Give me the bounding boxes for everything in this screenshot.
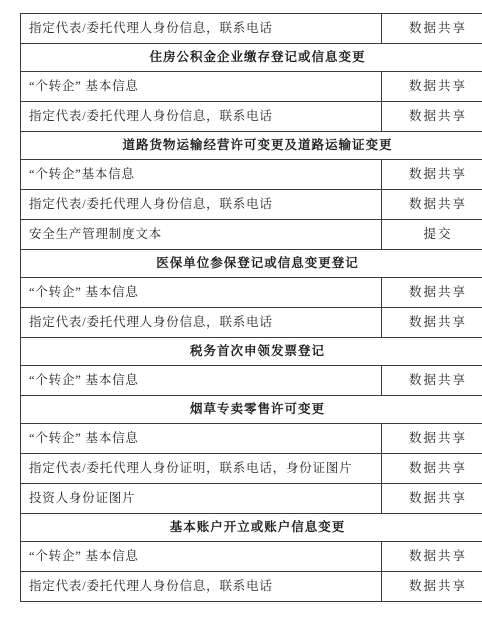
material-method-cell: 数据共享 (382, 572, 482, 602)
material-method-cell: 数据共享 (382, 14, 482, 44)
service-materials-table: 指定代表/委托代理人身份信息，联系电话数据共享住房公积金企业缴存登记或信息变更“… (20, 13, 482, 602)
material-method-cell: 数据共享 (382, 190, 482, 220)
table-row: “个转企” 基本信息数据共享 (21, 424, 482, 454)
material-method-cell: 数据共享 (382, 424, 482, 454)
material-name-cell: “个转企” 基本信息 (21, 542, 382, 572)
material-name-cell: 指定代表/委托代理人身份信息，联系电话 (21, 102, 382, 132)
material-method-cell: 数据共享 (382, 484, 482, 514)
section-header-row: 住房公积金企业缴存登记或信息变更 (21, 44, 482, 72)
section-title: 烟草专卖零售许可变更 (21, 396, 482, 424)
table-row: 安全生产管理制度文本提交 (21, 220, 482, 250)
table-row: 投资人身份证图片数据共享 (21, 484, 482, 514)
table-row: “个转企” 基本信息数据共享 (21, 278, 482, 308)
material-name-cell: 指定代表/委托代理人身份证明，联系电话，身份证图片 (21, 454, 382, 484)
material-name-cell: “个转企” 基本信息 (21, 366, 382, 396)
material-name-cell: 安全生产管理制度文本 (21, 220, 382, 250)
material-name-cell: “个转企” 基本信息 (21, 72, 382, 102)
table-body: 指定代表/委托代理人身份信息，联系电话数据共享住房公积金企业缴存登记或信息变更“… (21, 14, 482, 602)
section-title: 医保单位参保登记或信息变更登记 (21, 250, 482, 278)
table-row: “个转企” 基本信息数据共享 (21, 366, 482, 396)
section-header-row: 烟草专卖零售许可变更 (21, 396, 482, 424)
material-method-cell: 数据共享 (382, 366, 482, 396)
table-row: 指定代表/委托代理人身份信息，联系电话数据共享 (21, 190, 482, 220)
material-name-cell: “个转企” 基本信息 (21, 278, 382, 308)
material-name-cell: 投资人身份证图片 (21, 484, 382, 514)
material-method-cell: 数据共享 (382, 278, 482, 308)
section-title: 基本账户开立或账户信息变更 (21, 514, 482, 542)
table-row: 指定代表/委托代理人身份证明，联系电话，身份证图片数据共享 (21, 454, 482, 484)
table-row: 指定代表/委托代理人身份信息，联系电话数据共享 (21, 308, 482, 338)
material-name-cell: “个转企” 基本信息 (21, 424, 382, 454)
material-method-cell: 数据共享 (382, 542, 482, 572)
section-title: 税务首次申领发票登记 (21, 338, 482, 366)
table-row: 指定代表/委托代理人身份信息，联系电话数据共享 (21, 572, 482, 602)
table-row: “个转企”基本信息数据共享 (21, 160, 482, 190)
material-name-cell: 指定代表/委托代理人身份信息，联系电话 (21, 14, 382, 44)
document-page: 指定代表/委托代理人身份信息，联系电话数据共享住房公积金企业缴存登记或信息变更“… (0, 0, 482, 638)
material-name-cell: 指定代表/委托代理人身份信息，联系电话 (21, 190, 382, 220)
material-name-cell: “个转企”基本信息 (21, 160, 382, 190)
section-title: 住房公积金企业缴存登记或信息变更 (21, 44, 482, 72)
section-header-row: 税务首次申领发票登记 (21, 338, 482, 366)
material-method-cell: 提交 (382, 220, 482, 250)
section-header-row: 基本账户开立或账户信息变更 (21, 514, 482, 542)
material-method-cell: 数据共享 (382, 308, 482, 338)
table-row: 指定代表/委托代理人身份信息，联系电话数据共享 (21, 102, 482, 132)
section-header-row: 医保单位参保登记或信息变更登记 (21, 250, 482, 278)
section-title: 道路货物运输经营许可变更及道路运输证变更 (21, 132, 482, 160)
section-header-row: 道路货物运输经营许可变更及道路运输证变更 (21, 132, 482, 160)
material-method-cell: 数据共享 (382, 102, 482, 132)
material-method-cell: 数据共享 (382, 454, 482, 484)
table-row: 指定代表/委托代理人身份信息，联系电话数据共享 (21, 14, 482, 44)
table-row: “个转企” 基本信息数据共享 (21, 72, 482, 102)
material-method-cell: 数据共享 (382, 72, 482, 102)
material-method-cell: 数据共享 (382, 160, 482, 190)
material-name-cell: 指定代表/委托代理人身份信息，联系电话 (21, 308, 382, 338)
table-row: “个转企” 基本信息数据共享 (21, 542, 482, 572)
material-name-cell: 指定代表/委托代理人身份信息，联系电话 (21, 572, 382, 602)
